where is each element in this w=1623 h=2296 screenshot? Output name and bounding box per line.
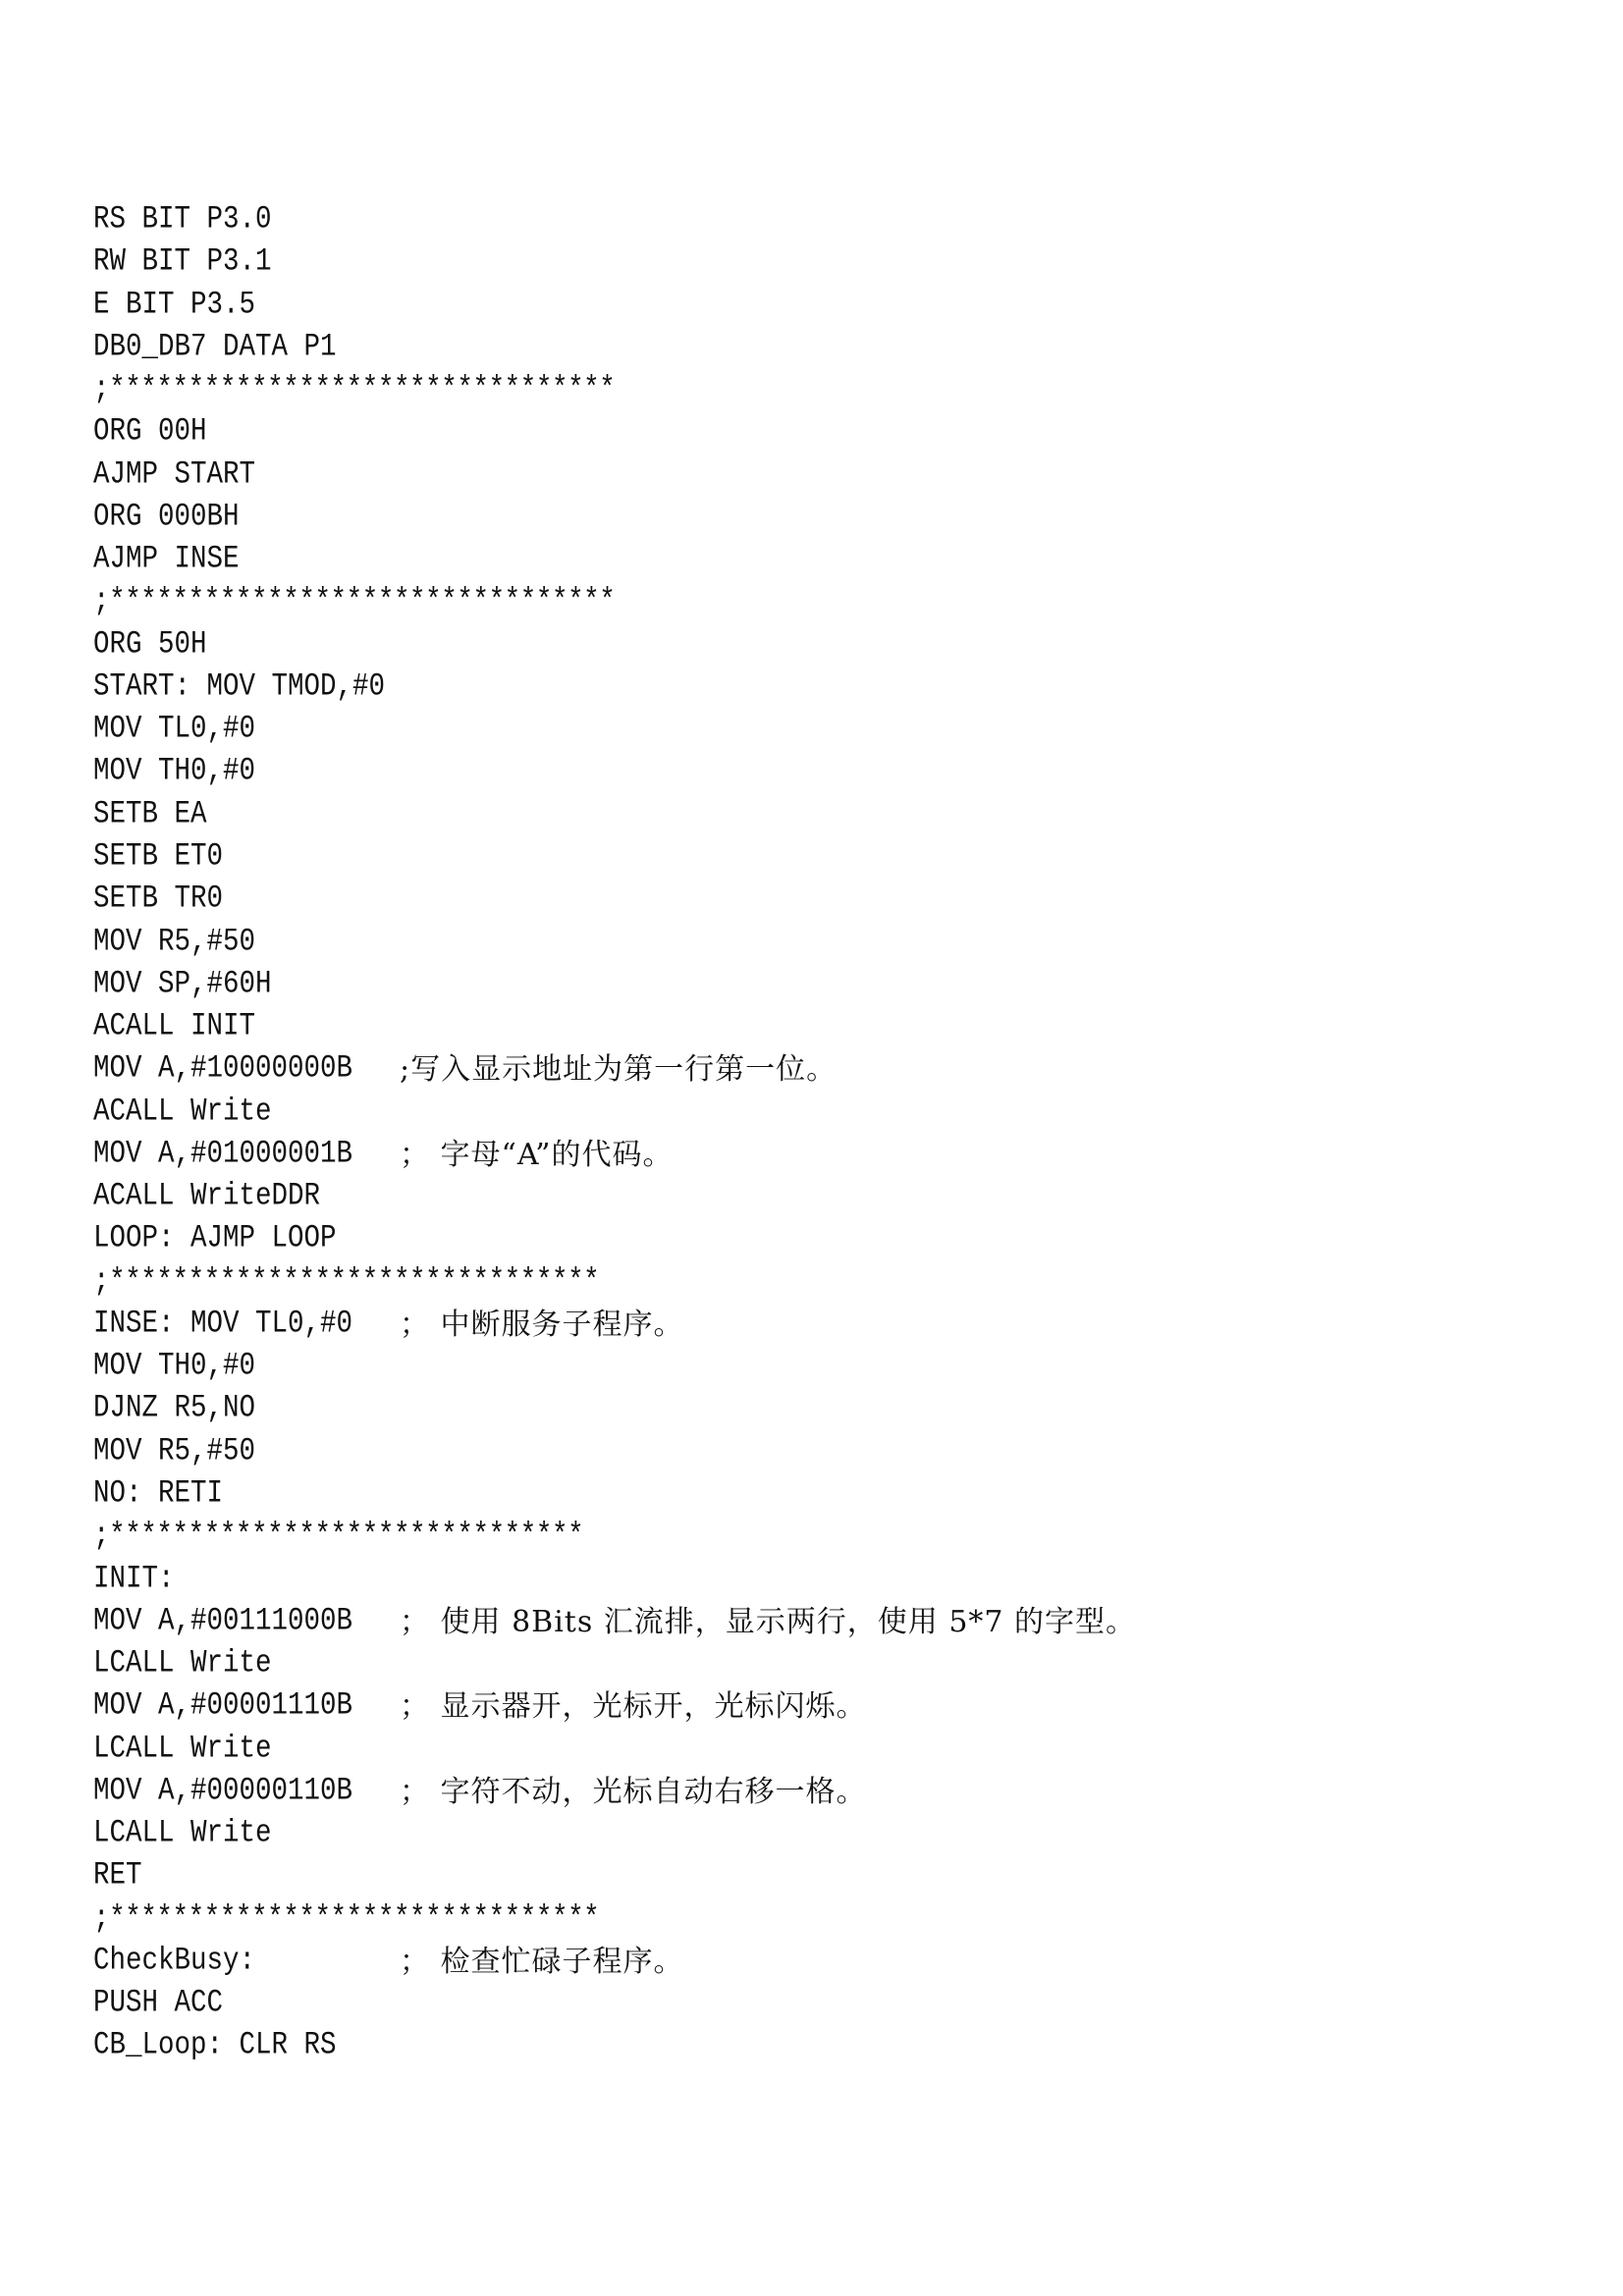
code-line: MOV A,#00000110B； 字符不动，光标自动右移一格。 xyxy=(93,1771,615,1813)
code-line: LOOP: AJMP LOOP xyxy=(93,1218,615,1260)
code-line: INIT: xyxy=(93,1559,615,1601)
code-line: MOV R5,#50 xyxy=(93,922,615,964)
separator-comment-line: ;****************************** xyxy=(93,1516,615,1558)
assembly-code-listing: RS BIT P3.0RW BIT P3.1E BIT P3.5DB0_DB7 … xyxy=(93,199,615,2068)
code-line: AJMP START xyxy=(93,454,615,497)
code-line: ORG 000BH xyxy=(93,497,615,539)
code-line: CheckBusy:； 检查忙碌子程序。 xyxy=(93,1941,615,1983)
code-line: PUSH ACC xyxy=(93,1983,615,2025)
code-line: RS BIT P3.0 xyxy=(93,199,615,241)
code-line: RET xyxy=(93,1855,615,1897)
code-line: CB_Loop: CLR RS xyxy=(93,2025,615,2067)
code-line: MOV A,#10000000B;写入显示地址为第一行第一位。 xyxy=(93,1048,615,1091)
code-line: START: MOV TMOD,#0 xyxy=(93,667,615,709)
code-line: ACALL INIT xyxy=(93,1006,615,1048)
code-line: LCALL Write xyxy=(93,1643,615,1685)
code-line: LCALL Write xyxy=(93,1813,615,1855)
code-line: MOV TH0,#0 xyxy=(93,1346,615,1388)
code-comment: ； 显示器开，光标开，光标闪烁。 xyxy=(400,1685,867,1728)
code-comment: ； 中断服务子程序。 xyxy=(400,1304,684,1346)
code-line: MOV TH0,#0 xyxy=(93,751,615,793)
code-line: ORG 50H xyxy=(93,624,615,667)
code-line: AJMP INSE xyxy=(93,539,615,581)
code-line: INSE: MOV TL0,#0； 中断服务子程序。 xyxy=(93,1304,615,1346)
code-line: MOV TL0,#0 xyxy=(93,709,615,751)
document-page: RS BIT P3.0RW BIT P3.1E BIT P3.5DB0_DB7 … xyxy=(0,0,1623,2296)
separator-comment-line: ;******************************** xyxy=(93,581,615,623)
code-comment: ； 使用 8Bits 汇流排，显示两行，使用 5*7 的字型。 xyxy=(400,1601,1136,1643)
separator-comment-line: ;******************************** xyxy=(93,369,615,411)
code-line: MOV R5,#50 xyxy=(93,1431,615,1473)
code-line: MOV SP,#60H xyxy=(93,964,615,1006)
code-comment: ； 字母“A”的代码。 xyxy=(400,1134,673,1176)
code-line: MOV A,#01000001B； 字母“A”的代码。 xyxy=(93,1134,615,1176)
code-line: NO: RETI xyxy=(93,1473,615,1516)
code-line: SETB EA xyxy=(93,794,615,836)
code-line: ACALL WriteDDR xyxy=(93,1176,615,1218)
code-line: ORG 00H xyxy=(93,411,615,454)
code-line: DJNZ R5,NO xyxy=(93,1388,615,1430)
code-line: MOV A,#00111000B； 使用 8Bits 汇流排，显示两行，使用 5… xyxy=(93,1601,615,1643)
code-line: SETB ET0 xyxy=(93,836,615,879)
code-line: LCALL Write xyxy=(93,1729,615,1771)
code-comment: ； 检查忙碌子程序。 xyxy=(400,1941,684,1983)
code-text: CB_Loop: CLR RS xyxy=(93,2021,337,2071)
code-comment: ;写入显示地址为第一行第一位。 xyxy=(400,1048,837,1091)
code-line: ACALL Write xyxy=(93,1092,615,1134)
code-line: DB0_DB7 DATA P1 xyxy=(93,327,615,369)
code-line: SETB TR0 xyxy=(93,879,615,921)
separator-comment-line: ;******************************* xyxy=(93,1261,615,1304)
separator-comment-line: ;******************************* xyxy=(93,1898,615,1941)
code-line: MOV A,#00001110B； 显示器开，光标开，光标闪烁。 xyxy=(93,1685,615,1728)
code-line: RW BIT P3.1 xyxy=(93,241,615,284)
code-line: E BIT P3.5 xyxy=(93,285,615,327)
code-comment: ； 字符不动，光标自动右移一格。 xyxy=(400,1771,867,1813)
